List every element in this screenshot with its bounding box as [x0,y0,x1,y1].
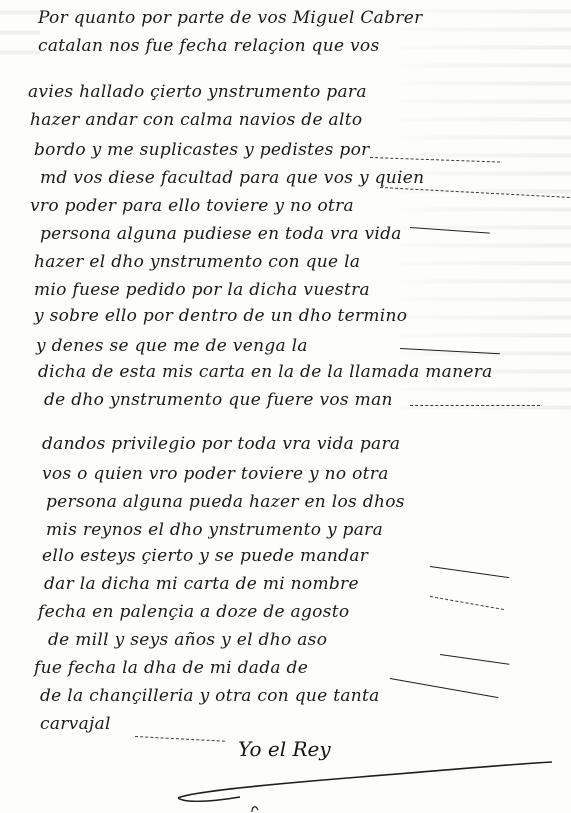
manuscript-page: Por quanto por parte de vos Miguel Cabre… [0,0,571,813]
signature-flourish [0,0,571,813]
